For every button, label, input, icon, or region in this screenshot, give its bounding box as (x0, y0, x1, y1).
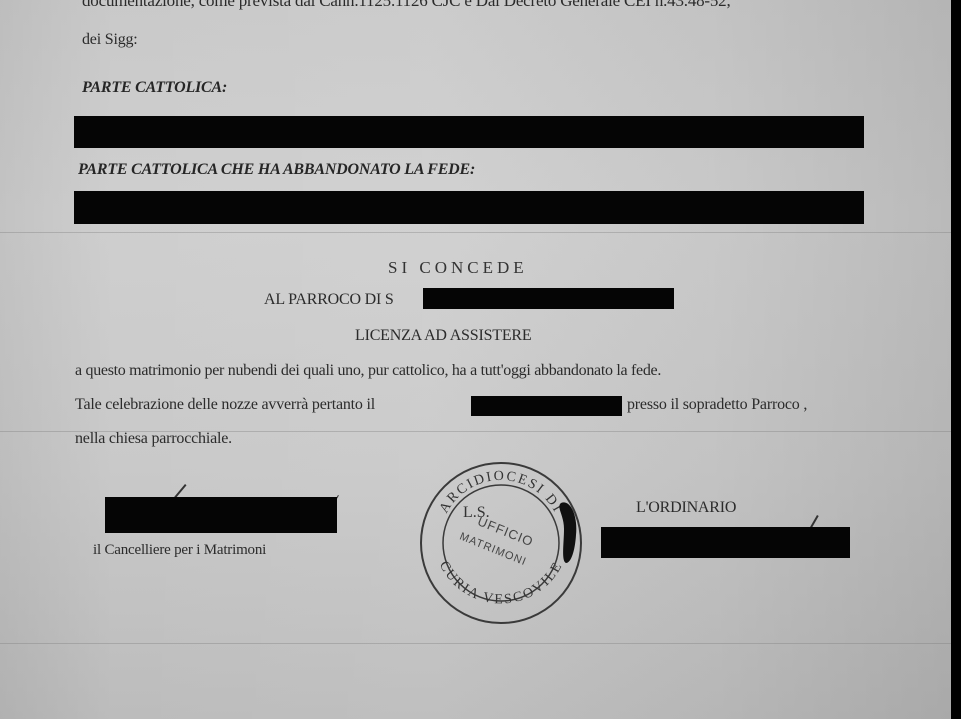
body-line-1: a questo matrimonio per nubendi dei qual… (75, 362, 661, 380)
redacted-parroco (423, 288, 674, 309)
stamp-bottom-text: CURIA VESCOVILE (436, 559, 567, 608)
parte-cattolica-label: PARTE CATTOLICA: (82, 79, 227, 97)
redacted-ordinario-signature (601, 527, 850, 558)
licenza-heading: LICENZA AD ASSISTERE (355, 327, 531, 345)
body-line-3: nella chiesa parrocchiale. (75, 430, 232, 448)
paper-crease (0, 232, 951, 233)
cancelliere-caption: il Cancelliere per i Matrimoni (93, 542, 266, 559)
parte-abbandonato-label: PARTE CATTOLICA CHE HA ABBANDONATO LA FE… (78, 161, 475, 179)
svg-text:CURIA VESCOVILE: CURIA VESCOVILE (436, 559, 567, 608)
redacted-parte-cattolica (74, 116, 864, 148)
body-line-2-before: Tale celebrazione delle nozze avverrà pe… (75, 396, 375, 414)
document-page: documentazione, come prevista dai Cann.1… (0, 0, 951, 719)
al-parroco-label: AL PARROCO DI S (264, 291, 394, 309)
redacted-cancelliere-signature (105, 497, 337, 533)
ordinario-title: L'ORDINARIO (636, 499, 736, 517)
intro-line: documentazione, come prevista dai Cann.1… (82, 0, 731, 11)
dei-sigg-label: dei Sigg: (82, 31, 138, 49)
si-concede-heading: SI CONCEDE (388, 258, 528, 278)
body-line-2-after: presso il sopradetto Parroco , (627, 396, 807, 414)
redacted-date (471, 396, 622, 416)
redacted-parte-abbandonato (74, 191, 864, 224)
official-stamp: ARCIDIOCESI DI CURIA VESCOVILE L.S. UFFI… (418, 455, 584, 627)
paper-crease (0, 643, 951, 644)
